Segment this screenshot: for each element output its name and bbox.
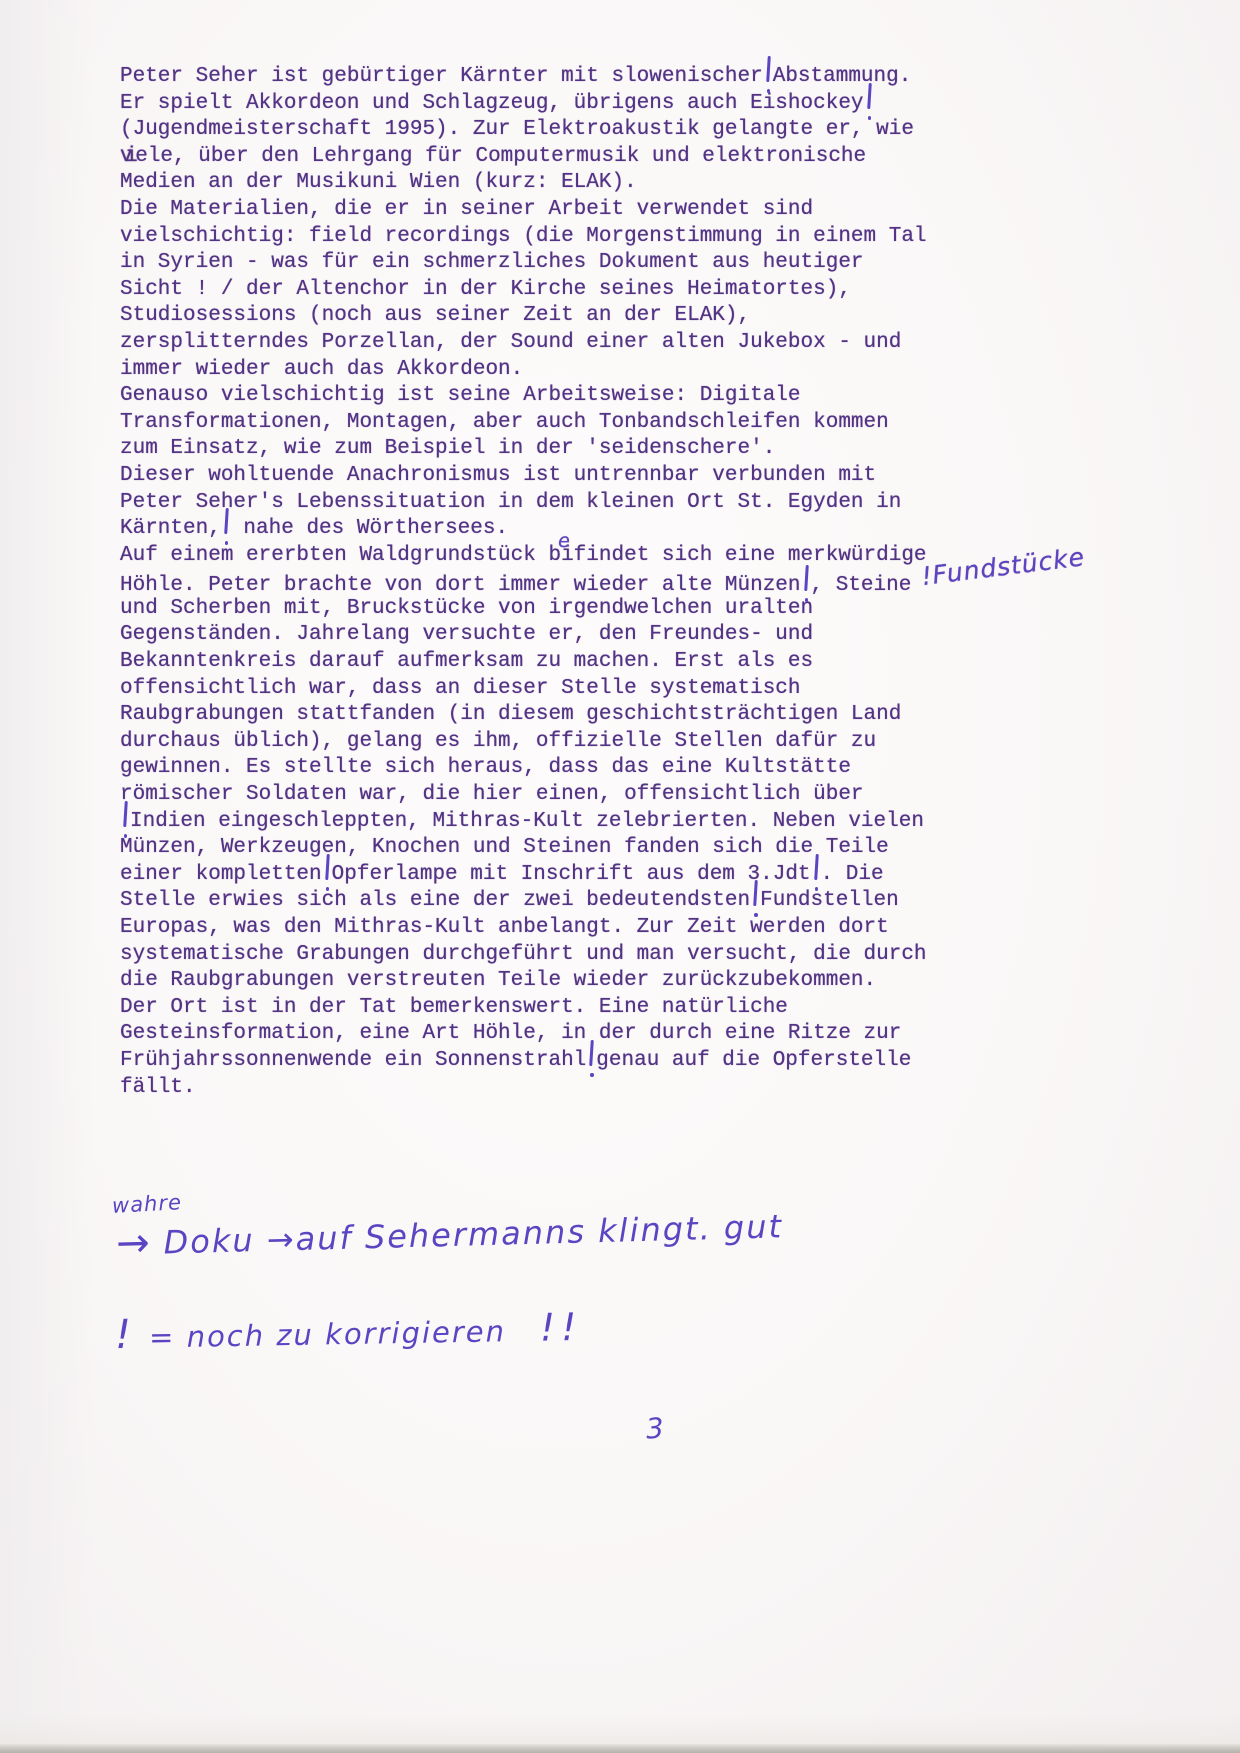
handwritten-word-above-arrow: wahre <box>111 1190 182 1218</box>
typed-line: Er spielt Akkordeon und Schlagzeug, übri… <box>120 91 1120 118</box>
typed-line: Medien an der Musikuni Wien (kurz: ELAK)… <box>120 170 1120 197</box>
typed-line: Kärnten, nahe des Wörthersees. <box>120 516 1120 543</box>
typed-text: zum Einsatz, wie zum Beispiel in der 'se… <box>120 437 775 460</box>
scanned-page: Peter Seher ist gebürtiger Kärnter mit s… <box>0 0 1240 1753</box>
typed-text: offensichtlich war, dass an dieser Stell… <box>120 677 801 700</box>
typed-line: Münzen, Werkzeugen, Knochen und Steinen … <box>120 835 1120 862</box>
typed-text: Gesteinsformation, eine Art Höhle, in de… <box>120 1022 901 1045</box>
typed-text: Indien eingeschleppten, Mithras-Kult zel… <box>130 810 924 833</box>
typed-text: Fundstellen <box>760 889 899 912</box>
typed-text: immer wieder auch das Akkordeon. <box>120 358 523 381</box>
typed-line: zersplitterndes Porzellan, der Sound ein… <box>120 330 1120 357</box>
typed-text: Transformationen, Montagen, aber auch To… <box>120 411 889 434</box>
typed-text: Peter Seher's Lebenssituation in dem kle… <box>120 491 901 514</box>
typed-text: Medien an der Musikuni Wien (kurz: ELAK)… <box>120 171 637 194</box>
scan-edge-bottom-haze <box>0 1714 1240 1744</box>
typed-text: ele, über den Lehrgang für Computermusik… <box>135 145 866 168</box>
typed-text: die Raubgrabungen verstreuten Teile wied… <box>120 969 876 992</box>
typed-line: immer wieder auch das Akkordeon. <box>120 357 1120 384</box>
typed-line: (Jugendmeisterschaft 1995). Zur Elektroa… <box>120 117 1120 144</box>
scan-edge-left <box>0 0 95 1753</box>
typed-text: , Steine <box>811 574 924 597</box>
typed-line: Dieser wohltuende Anachronismus ist untr… <box>120 463 1120 490</box>
typed-line: Stelle erwies sich als eine der zwei bed… <box>120 888 1120 915</box>
typed-text: Die Materialien, die er in seiner Arbeit… <box>120 198 813 221</box>
typed-overstrike: vi <box>120 145 130 168</box>
typed-line: Peter Seher ist gebürtiger Kärnter mit s… <box>120 64 1120 91</box>
typed-text: . Die <box>821 863 884 886</box>
typed-line: und Scherben mit, Bruckstücke von irgend… <box>120 596 1120 623</box>
page-number: 3 <box>645 1411 665 1445</box>
typed-line: Höhle. Peter brachte von dort immer wied… <box>120 569 1120 596</box>
typed-text: Der Ort ist in der Tat bemerkenswert. Ei… <box>120 996 788 1019</box>
typed-line: Bekanntenkreis darauf aufmerksam zu mach… <box>120 649 1120 676</box>
typed-text: Genauso vielschichtig ist seine Arbeitsw… <box>120 384 801 407</box>
typed-text: römischer Soldaten war, die hier einen, … <box>120 783 864 806</box>
typed-line: gewinnen. Es stellte sich heraus, dass d… <box>120 755 1120 782</box>
double-exclamation-icon: !! <box>540 1305 583 1350</box>
handwritten-note-correction: != noch zu korrigieren!! <box>115 1304 583 1358</box>
typed-line: einer komplettenOpferlampe mit Inschrift… <box>120 862 1120 889</box>
typed-text: durchaus üblich), gelang es ihm, offizie… <box>120 730 876 753</box>
arrow-right-icon: → <box>116 1220 151 1267</box>
typed-line: systematische Grabungen durchgeführt und… <box>120 942 1120 969</box>
scan-edge-bottom <box>0 1744 1240 1753</box>
typed-text: (Jugendmeisterschaft 1995). Zur Elektroa… <box>120 118 914 141</box>
typed-line: zum Einsatz, wie zum Beispiel in der 'se… <box>120 436 1120 463</box>
typed-line: fällt. <box>120 1075 1120 1102</box>
typed-text: ifindet sich eine merkwürdige <box>561 544 926 567</box>
typed-text: gewinnen. Es stellte sich heraus, dass d… <box>120 756 851 779</box>
typed-line: Der Ort ist in der Tat bemerkenswert. Ei… <box>120 995 1120 1022</box>
typed-text: Auf einem ererbten Waldgrundstück b <box>120 544 561 567</box>
typed-text: Münzen, Werkzeugen, Knochen und Steinen … <box>120 836 889 859</box>
typed-text: Stelle erwies sich als eine der zwei bed… <box>120 889 750 912</box>
ink-correction-mark <box>766 64 771 84</box>
typed-line: Sicht ! / der Altenchor in der Kirche se… <box>120 277 1120 304</box>
handwritten-note-main-text: Doku →auf Sehermanns klingt. gut <box>163 1207 783 1261</box>
typed-text: Gegenständen. Jahrelang versuchte er, de… <box>120 623 813 646</box>
typed-line: römischer Soldaten war, die hier einen, … <box>120 782 1120 809</box>
typed-line: Die Materialien, die er in seiner Arbeit… <box>120 197 1120 224</box>
typed-line: Studiosessions (noch aus seiner Zeit an … <box>120 303 1120 330</box>
ink-correction-mark <box>867 91 872 111</box>
typed-line: Raubgrabungen stattfanden (in diesem ges… <box>120 702 1120 729</box>
typed-text: Kärnten, <box>120 517 221 540</box>
typed-line: Frühjahrssonnenwende ein Sonnenstrahlgen… <box>120 1048 1120 1075</box>
ink-correction-mark <box>123 809 128 829</box>
ink-correction-mark <box>325 862 330 882</box>
exclamation-mark-icon: ! <box>115 1312 134 1358</box>
typed-text: und Scherben mit, Bruckstücke von irgend… <box>120 597 813 620</box>
typed-text: Bekanntenkreis darauf aufmerksam zu mach… <box>120 650 813 673</box>
typed-line: Peter Seher's Lebenssituation in dem kle… <box>120 490 1120 517</box>
typed-text: vielschichtig: field recordings (die Mor… <box>120 225 927 248</box>
typed-line: offensichtlich war, dass an dieser Stell… <box>120 676 1120 703</box>
typed-text: Er spielt Akkordeon und Schlagzeug, übri… <box>120 92 864 115</box>
typed-text: Europas, was den Mithras-Kult anbelangt.… <box>120 916 889 939</box>
typed-line: Gegenständen. Jahrelang versuchte er, de… <box>120 622 1120 649</box>
typed-line: in Syrien - was für ein schmerzliches Do… <box>120 250 1120 277</box>
typed-text: Studiosessions (noch aus seiner Zeit an … <box>120 304 750 327</box>
typed-line: vielschichtig: field recordings (die Mor… <box>120 224 1120 251</box>
typed-text: einer kompletten <box>120 863 322 886</box>
typed-line: durchaus üblich), gelang es ihm, offizie… <box>120 729 1120 756</box>
typed-line: Indien eingeschleppten, Mithras-Kult zel… <box>120 809 1120 836</box>
typed-line: Transformationen, Montagen, aber auch To… <box>120 410 1120 437</box>
typed-line: viele, über den Lehrgang für Computermus… <box>120 144 1120 171</box>
typed-text: Frühjahrssonnenwende ein Sonnenstrahl <box>120 1049 586 1072</box>
ink-correction-mark <box>589 1048 594 1068</box>
typed-text: Abstammung. <box>773 65 912 88</box>
typed-text: systematische Grabungen durchgeführt und… <box>120 943 927 966</box>
ink-correction-mark <box>753 888 758 908</box>
typed-text: Opferlampe mit Inschrift aus dem 3.Jdt <box>332 863 811 886</box>
typed-line: Genauso vielschichtig ist seine Arbeitsw… <box>120 383 1120 410</box>
typed-text: genau auf die Opferstelle <box>596 1049 911 1072</box>
typed-line: die Raubgrabungen verstreuten Teile wied… <box>120 968 1120 995</box>
handwritten-correction-text: = noch zu korrigieren <box>149 1314 506 1354</box>
handwritten-note-main: →Doku →auf Sehermanns klingt. gut <box>116 1203 784 1266</box>
typed-text: Sicht ! / der Altenchor in der Kirche se… <box>120 278 851 301</box>
ink-correction-mark <box>224 516 229 536</box>
typed-line: Gesteinsformation, eine Art Höhle, in de… <box>120 1021 1120 1048</box>
typed-line: Europas, was den Mithras-Kult anbelangt.… <box>120 915 1120 942</box>
typed-text: nahe des Wörthersees. <box>231 517 508 540</box>
typed-text: Dieser wohltuende Anachronismus ist untr… <box>120 464 876 487</box>
typed-text: Höhle. Peter brachte von dort immer wied… <box>120 574 801 597</box>
ink-correction-mark <box>814 862 819 882</box>
typed-text: zersplitterndes Porzellan, der Sound ein… <box>120 331 901 354</box>
typed-text: Raubgrabungen stattfanden (in diesem ges… <box>120 703 901 726</box>
typed-text-block: Peter Seher ist gebürtiger Kärnter mit s… <box>120 64 1120 1101</box>
ink-correction-mark <box>804 573 809 593</box>
typed-text: fällt. <box>120 1076 196 1099</box>
typed-text: in Syrien - was für ein schmerzliches Do… <box>120 251 864 274</box>
typed-text: Peter Seher ist gebürtiger Kärnter mit s… <box>120 65 763 88</box>
